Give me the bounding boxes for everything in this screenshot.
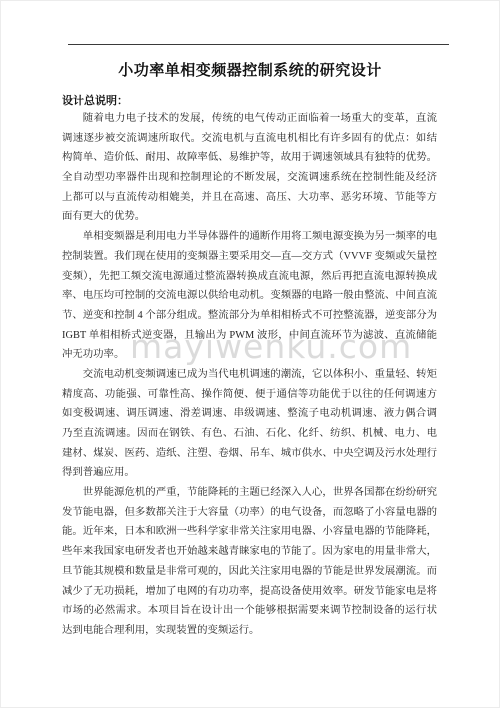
text-line: 旦节能其规模和数量是非常可观的，因此关注家用电器的节能是世界发展潮流。而且 bbox=[62, 562, 437, 582]
text-line: 世界能源危机的严重，节能降耗的主题已经深入人心，世界各国都在纷纷研究开 bbox=[62, 483, 437, 503]
text-line: 精度高、功能强、可靠性高、操作简便、便于通信等功能优于以往的任何调速方式， bbox=[62, 385, 437, 405]
text-line: 如变极调速、调压调速、滑差调速、串级调速、整流子电动机调速、液力偶合调速， bbox=[62, 404, 437, 424]
text-line: 建材、煤炭、医药、造纸、注塑、卷烟、吊车、城市供水、中央空调及污水处理行业 bbox=[62, 444, 437, 464]
section-heading: 设计总说明： bbox=[62, 92, 128, 108]
text-line: 发节能电器，但多数都关注于大容量（功率）的电气设备，而忽略了小容量电器的耗 bbox=[62, 503, 437, 523]
text-line: 面有更大的优势。 bbox=[62, 207, 437, 227]
text-line: 单相变频器是利用电力半导体器件的通断作用将工频电源变换为另一频率的电能 bbox=[62, 227, 437, 247]
text-line: 得到普遍应用。 bbox=[62, 463, 437, 483]
text-line: 乃至直流调速。因而在钢铁、有色、石油、石化、化纤、纺织、机械、电力、电子、 bbox=[62, 424, 437, 444]
text-line: 调速逐步被交流调速所取代。交流电机与直流电机相比有许多固有的优点：如结 bbox=[62, 129, 437, 149]
text-line: 上都可以与直流传动相媲美，并且在高速、高压、大功率、恶劣环境、节能等方 bbox=[62, 188, 437, 208]
document-body: 随着电力电子技术的发展，传统的电气传动正面临着一场重大的变革，直流调速逐步被交流… bbox=[62, 109, 437, 641]
text-line: 变频），先把工频交流电源通过整流器转换成直流电源，然后再把直流电源转换成频 bbox=[62, 267, 437, 287]
text-line: 节、逆变和控制 4 个部分组成。整流部分为单相相桥式不可控整流器，逆变部分为 bbox=[62, 306, 437, 326]
text-line: 率、电压均可控制的交流电源以供给电动机。变频器的电路一般由整流、中间直流环 bbox=[62, 286, 437, 306]
text-line: 达到电能合理利用，实现装置的变频运行。 bbox=[62, 621, 437, 641]
text-line: 构简单、造价低、耐用、故障率低、易维护等，故用于调速领域具有独特的优势。 bbox=[62, 148, 437, 168]
document-title: 小功率单相变频器控制系统的研究设计 bbox=[62, 59, 438, 80]
text-line: 减少了无功损耗，增加了电网的有功功率，提高设备使用效率。研发节能家电是将来 bbox=[62, 582, 437, 602]
text-line: 全自动型功率器件出现和控制理论的不断发展，交流调速系统在控制性能及经济 bbox=[62, 168, 437, 188]
text-line: 随着电力电子技术的发展，传统的电气传动正面临着一场重大的变革，直流 bbox=[62, 109, 437, 129]
text-line: 冲无功功率。 bbox=[62, 345, 437, 365]
text-line: 些年来我国家电研发者也开始越来越青睐家电的节能了。因为家电的用量非常大，一 bbox=[62, 542, 437, 562]
text-line: 市场的必然需求。本项目旨在设计出一个能够根据需要来调节控制设备的运行状态， bbox=[62, 601, 437, 621]
document-page: mayiwenku.com 小功率单相变频器控制系统的研究设计 设计总说明： 随… bbox=[0, 0, 500, 708]
header-divider bbox=[68, 44, 449, 45]
text-line: 控制装置。我们现在使用的变频器主要采用交—直—交方式（VVVF 变频或矢量控制 bbox=[62, 247, 437, 267]
text-line: 能。近年来，日本和欧洲一些科学家非常关注家用电器、小容量电器的节能降耗，这 bbox=[62, 522, 437, 542]
text-line: 交流电动机变频调速已成为当代电机调速的潮流，它以体积小、重量轻、转矩大、 bbox=[62, 365, 437, 385]
text-line: IGBT 单相相桥式逆变器，且输出为 PWM 波形，中间直流环节为滤波、直流储能… bbox=[62, 326, 437, 346]
